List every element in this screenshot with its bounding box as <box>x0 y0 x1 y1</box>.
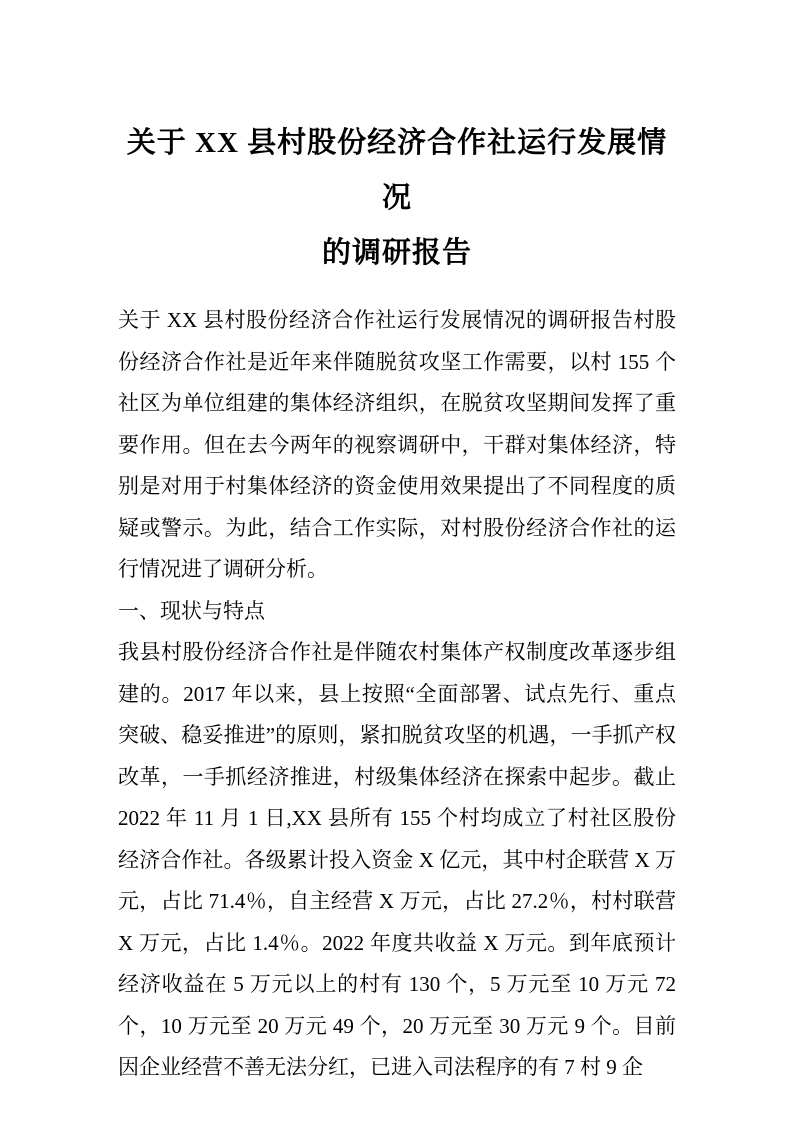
title-line-2: 的调研报告 <box>118 226 676 281</box>
document-title: 关于 XX 县村股份经济合作社运行发展情况 的调研报告 <box>118 116 676 281</box>
document-body: 关于 XX 县村股份经济合作社运行发展情况的调研报告村股份经济合作社是近年来伴随… <box>118 300 676 1089</box>
document-page: 关于 XX 县村股份经济合作社运行发展情况 的调研报告 关于 XX 县村股份经济… <box>0 0 793 1122</box>
section-heading-1: 一、现状与特点 <box>118 591 676 633</box>
paragraph-current-status: 我县村股份经济合作社是伴随农村集体产权制度改革逐步组建的。2017 年以来，县上… <box>118 632 676 1089</box>
title-line-1: 关于 XX 县村股份经济合作社运行发展情况 <box>118 116 676 226</box>
paragraph-intro: 关于 XX 县村股份经济合作社运行发展情况的调研报告村股份经济合作社是近年来伴随… <box>118 300 676 591</box>
document-content: 关于 XX 县村股份经济合作社运行发展情况 的调研报告 关于 XX 县村股份经济… <box>0 0 793 1122</box>
